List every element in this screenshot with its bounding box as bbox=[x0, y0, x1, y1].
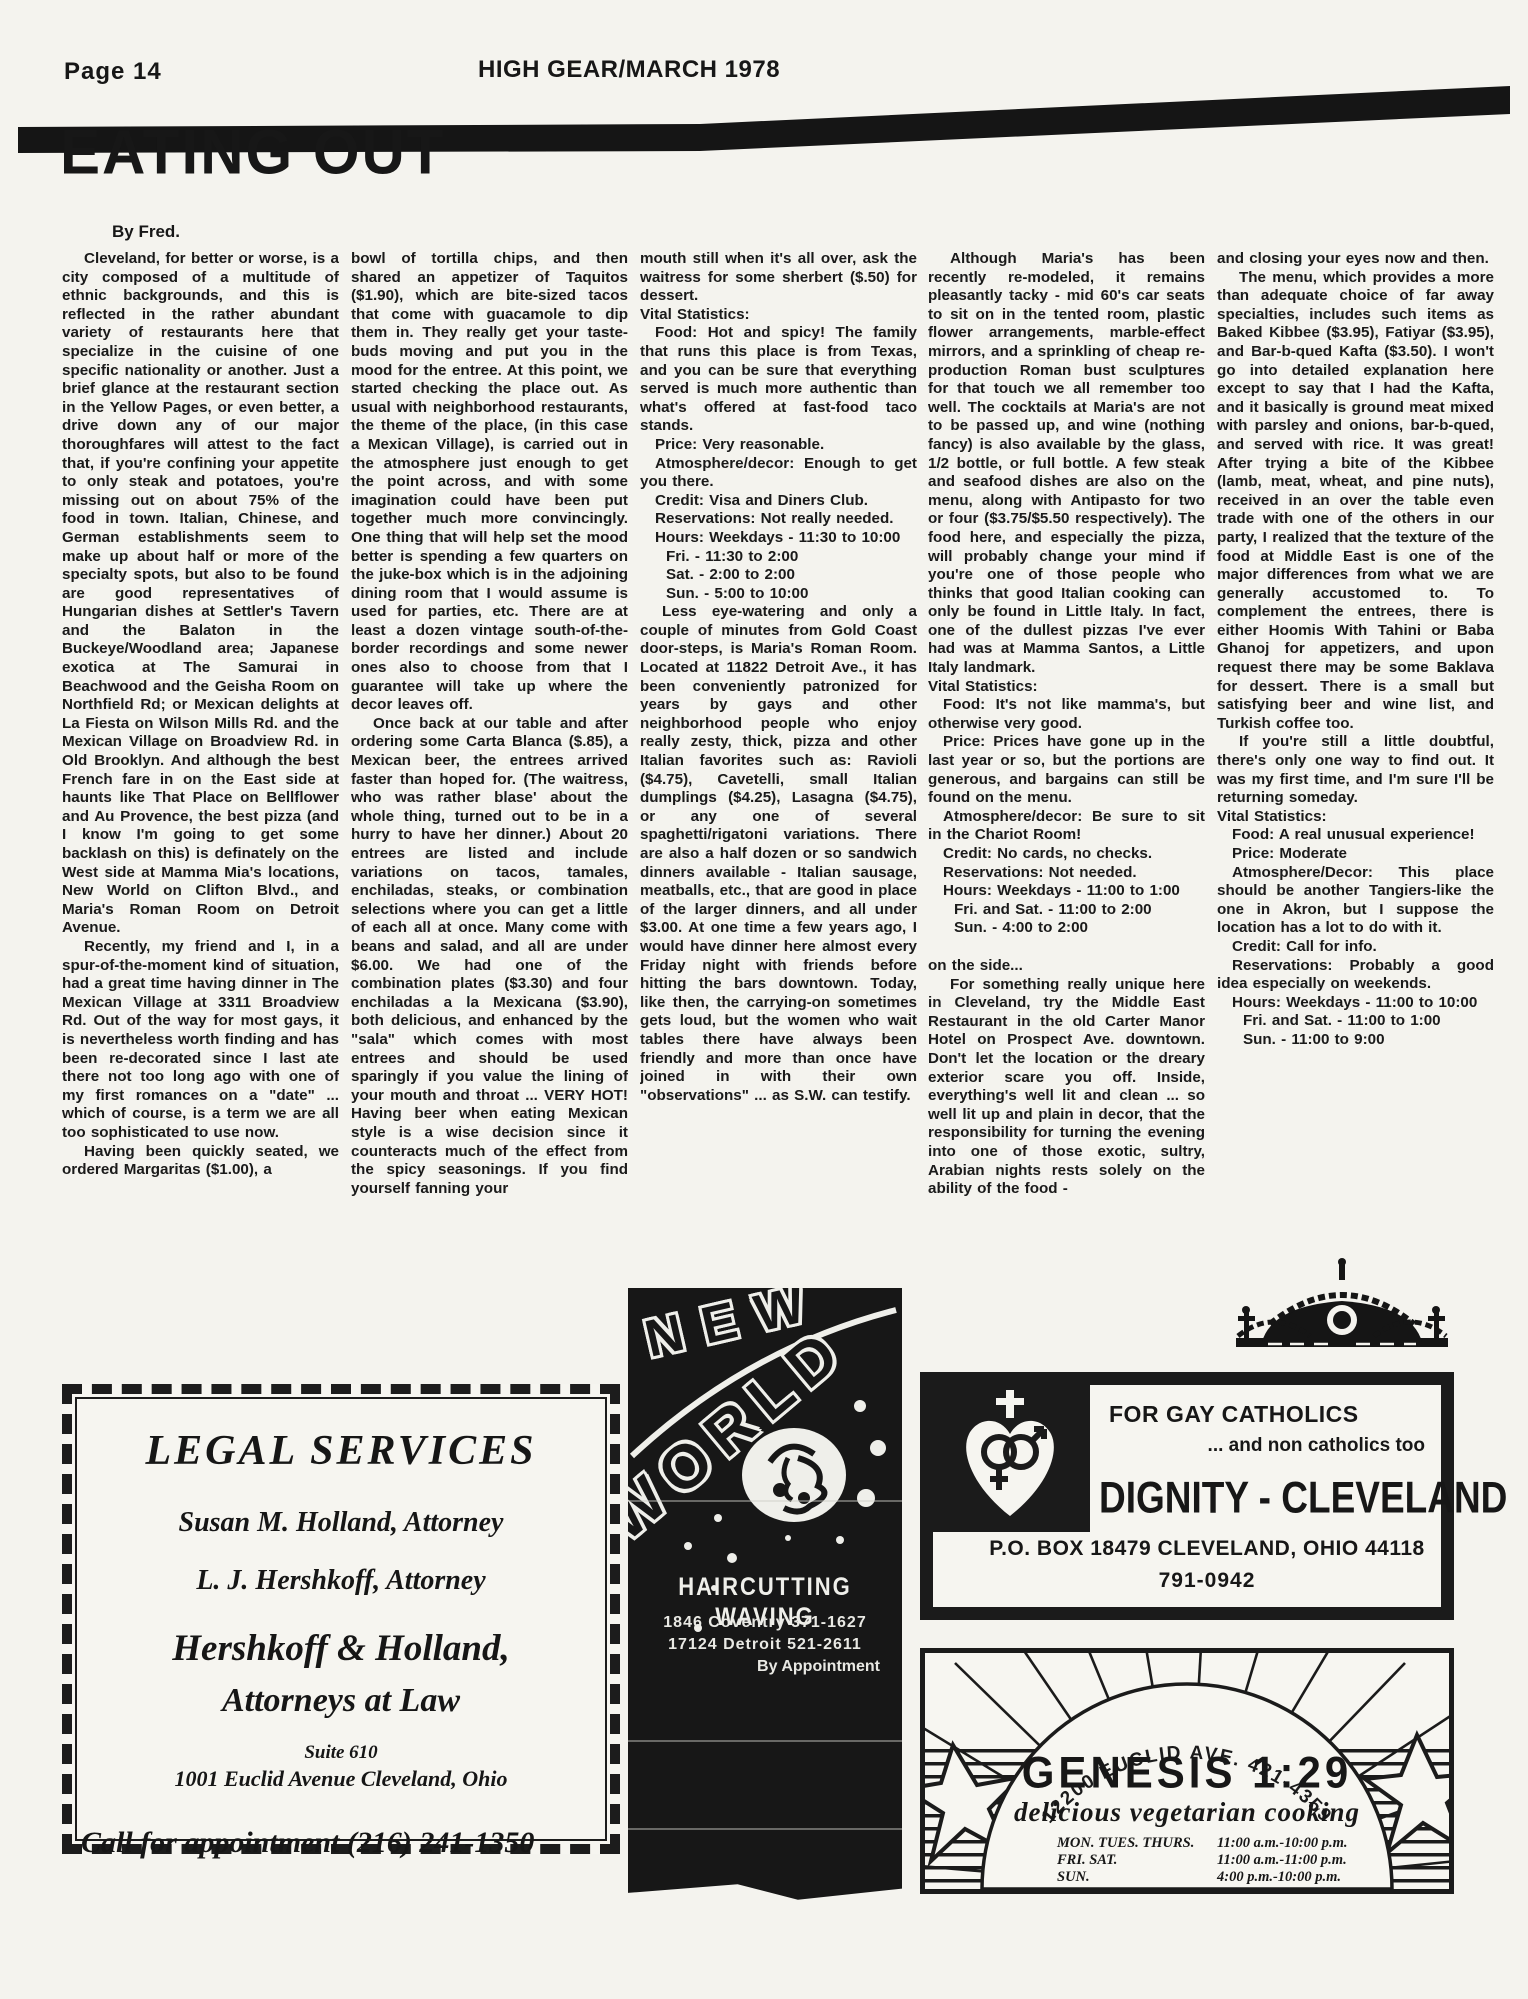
article-paragraph: Vital Statistics: bbox=[928, 678, 1205, 697]
article-paragraph: Sun. - 5:00 to 10:00 bbox=[640, 585, 917, 604]
article-paragraph: If you're still a little doubtful, there… bbox=[1217, 733, 1494, 807]
article-column-5: and closing your eyes now and then.The m… bbox=[1217, 250, 1494, 1262]
genesis-hours-days: MON. TUES. THURS. bbox=[1057, 1835, 1217, 1852]
article-paragraph: Vital Statistics: bbox=[640, 306, 917, 325]
article-paragraph: Fri. - 11:30 to 2:00 bbox=[640, 548, 917, 567]
genesis-ad: 12200 EUCLID AVE. 421-4359 GENESIS 1:29 … bbox=[920, 1648, 1454, 1894]
article-byline: By Fred. bbox=[112, 222, 180, 242]
genesis-hours: MON. TUES. THURS.11:00 a.m.-10:00 p.m.FR… bbox=[1057, 1835, 1348, 1886]
article-paragraph: Price: Prices have gone up in the last y… bbox=[928, 733, 1205, 807]
article-paragraph: and closing your eyes now and then. bbox=[1217, 250, 1494, 269]
genesis-hours-time: 4:00 p.m.-10:00 p.m. bbox=[1217, 1869, 1341, 1885]
new-world-address-1: 1846 Coventry 371-1627 bbox=[628, 1614, 902, 1632]
article-paragraph: Food: Hot and spicy! The family that run… bbox=[640, 324, 917, 436]
article-paragraph: Reservations: Not needed. bbox=[928, 864, 1205, 883]
dignity-org-name: DIGNITY - CLEVELAND bbox=[1099, 1473, 1433, 1523]
legal-services-ad: LEGAL SERVICES Susan M. Holland, Attorne… bbox=[62, 1384, 620, 1854]
new-world-ad: NEW WORLD HAIRCUTTING WAVING 1846 Covent… bbox=[628, 1288, 902, 1904]
article-paragraph: Credit: Visa and Diners Club. bbox=[640, 492, 917, 511]
article-paragraph: Vital Statistics: bbox=[1217, 808, 1494, 827]
new-world-address-2: 17124 Detroit 521-2611 bbox=[628, 1636, 902, 1654]
dignity-audience-line: FOR GAY CATHOLICS bbox=[1109, 1401, 1359, 1428]
article-paragraph: Although Maria's has been recently re-mo… bbox=[928, 250, 1205, 678]
genesis-hours-time: 11:00 a.m.-10:00 p.m. bbox=[1217, 1835, 1348, 1851]
article-paragraph: Hours: Weekdays - 11:30 to 10:00 bbox=[640, 529, 917, 548]
dignity-cleveland-ad: FOR GAY CATHOLICS ... and non catholics … bbox=[920, 1372, 1454, 1620]
article-column-4: Although Maria's has been recently re-mo… bbox=[928, 250, 1205, 1368]
article-paragraph: Atmosphere/decor: Enough to get you ther… bbox=[640, 455, 917, 492]
article-paragraph: Less eye-watering and only a couple of m… bbox=[640, 603, 917, 1105]
article-paragraph: Sun. - 11:00 to 9:00 bbox=[1217, 1031, 1494, 1050]
article-paragraph: The menu, which provides a more than ade… bbox=[1217, 269, 1494, 734]
genesis-hours-row: FRI. SAT.11:00 a.m.-11:00 p.m. bbox=[1057, 1852, 1348, 1869]
article-paragraph: Sat. - 2:00 to 2:00 bbox=[640, 566, 917, 585]
article-column-1: Cleveland, for better or worse, is a cit… bbox=[62, 250, 339, 1362]
legal-address: 1001 Euclid Avenue Cleveland, Ohio bbox=[77, 1766, 605, 1792]
dignity-address: P.O. BOX 18479 CLEVELAND, OHIO 44118 bbox=[973, 1537, 1441, 1561]
article-column-3: mouth still when it's all over, ask the … bbox=[640, 250, 917, 1282]
article-paragraph: Price: Very reasonable. bbox=[640, 436, 917, 455]
genesis-tagline: delicious vegetarian cooking bbox=[925, 1797, 1449, 1828]
genesis-hours-row: MON. TUES. THURS.11:00 a.m.-10:00 p.m. bbox=[1057, 1835, 1348, 1852]
article-column-2: bowl of tortilla chips, and then shared … bbox=[351, 250, 628, 1362]
legal-firm-name: Hershkoff & Holland, bbox=[77, 1627, 605, 1670]
article-paragraph: Food: It's not like mamma's, but otherwi… bbox=[928, 696, 1205, 733]
genesis-name: GENESIS 1:29 bbox=[925, 1748, 1449, 1798]
article-paragraph: Once back at our table and after orderin… bbox=[351, 715, 628, 1198]
legal-phone-line: Call for appointment (216) 241-1350 bbox=[77, 1826, 605, 1860]
article-paragraph: Reservations: Probably a good idea espec… bbox=[1217, 957, 1494, 994]
legal-ad-title: LEGAL SERVICES bbox=[77, 1427, 605, 1475]
dome-ornament-icon bbox=[1228, 1254, 1456, 1354]
article-headline: EATING OUT bbox=[60, 116, 446, 188]
article-paragraph: Having been quickly seated, we ordered M… bbox=[62, 1143, 339, 1180]
article-paragraph: Sun. - 4:00 to 2:00 bbox=[928, 919, 1205, 938]
article-paragraph: Credit: Call for info. bbox=[1217, 938, 1494, 957]
dignity-phone: 791-0942 bbox=[973, 1569, 1441, 1593]
genesis-hours-days: SUN. bbox=[1057, 1869, 1217, 1886]
new-world-appointment-note: By Appointment bbox=[757, 1658, 880, 1676]
legal-suite: Suite 610 bbox=[77, 1742, 605, 1764]
portrait-oval-icon bbox=[742, 1428, 846, 1522]
article-paragraph: Atmosphere/Decor: This place should be a… bbox=[1217, 864, 1494, 938]
article-paragraph: on the side... bbox=[928, 957, 1205, 976]
article-paragraph: Hours: Weekdays - 11:00 to 10:00 bbox=[1217, 994, 1494, 1013]
article-paragraph: Price: Moderate bbox=[1217, 845, 1494, 864]
legal-attorney-1: Susan M. Holland, Attorney bbox=[77, 1507, 605, 1539]
newspaper-page: Page 14 HIGH GEAR/MARCH 1978 EATING OUT … bbox=[0, 0, 1528, 1999]
article-paragraph: Hours: Weekdays - 11:00 to 1:00 bbox=[928, 882, 1205, 901]
article-paragraph: Food: A real unusual experience! bbox=[1217, 826, 1494, 845]
heart-cross-icon bbox=[932, 1384, 1090, 1532]
article-paragraph: bowl of tortilla chips, and then shared … bbox=[351, 250, 628, 715]
article-paragraph: Fri. and Sat. - 11:00 to 2:00 bbox=[928, 901, 1205, 920]
genesis-hours-row: SUN.4:00 p.m.-10:00 p.m. bbox=[1057, 1869, 1348, 1886]
genesis-hours-days: FRI. SAT. bbox=[1057, 1852, 1217, 1869]
article-paragraph: Atmosphere/decor: Be sure to sit in the … bbox=[928, 808, 1205, 845]
article-paragraph: Recently, my friend and I, in a spur-of-… bbox=[62, 938, 339, 1143]
dignity-audience-line2: ... and non catholics too bbox=[1208, 1435, 1425, 1457]
legal-attorney-2: L. J. Hershkoff, Attorney bbox=[77, 1565, 605, 1597]
article-paragraph: Credit: No cards, no checks. bbox=[928, 845, 1205, 864]
legal-firm-subtitle: Attorneys at Law bbox=[77, 1682, 605, 1720]
article-paragraph: For something really unique here in Clev… bbox=[928, 976, 1205, 1199]
genesis-hours-time: 11:00 a.m.-11:00 p.m. bbox=[1217, 1852, 1347, 1868]
article-paragraph: Cleveland, for better or worse, is a cit… bbox=[62, 250, 339, 938]
article-paragraph: Fri. and Sat. - 11:00 to 1:00 bbox=[1217, 1012, 1494, 1031]
article-paragraph: mouth still when it's all over, ask the … bbox=[640, 250, 917, 306]
article-paragraph: Reservations: Not really needed. bbox=[640, 510, 917, 529]
